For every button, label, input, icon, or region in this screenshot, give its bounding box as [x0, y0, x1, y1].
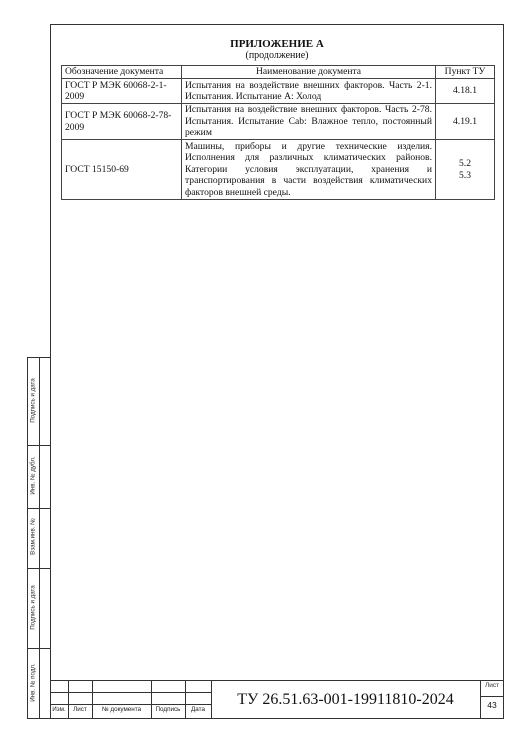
name-cell: Испытания на воздействие внешних факторо… [182, 79, 436, 104]
side-stamp-divider [39, 357, 40, 719]
table-header-row: Обозначение документа Наименование докум… [62, 66, 495, 79]
label-change: Изм. [50, 706, 68, 713]
name-cell: Машины, приборы и другие технические изд… [182, 140, 436, 200]
title-block-row-divider [50, 704, 211, 705]
label-signature: Подпись [151, 706, 185, 713]
title-block-row-divider [50, 692, 211, 693]
side-label-replacement-inv: Взам.инв. № [30, 497, 37, 577]
sheet-number: 43 [480, 700, 504, 710]
side-label-signature-date-2: Подпись и дата [30, 568, 37, 648]
clause-cell: 4.18.1 [436, 79, 495, 104]
clause-cell: 5.2 5.3 [436, 140, 495, 200]
label-date: Дата [185, 706, 211, 713]
reference-documents-table: Обозначение документа Наименование докум… [61, 65, 495, 200]
name-cell: Испытания на воздействие внешних факторо… [182, 104, 436, 140]
column-header-clause: Пункт ТУ [436, 66, 495, 79]
designation-cell: ГОСТ Р МЭК 60068-2-1-2009 [62, 79, 182, 104]
appendix-title: ПРИЛОЖЕНИЕ А [50, 38, 504, 50]
document-code: ТУ 26.51.63-001-19911810-2024 [211, 680, 480, 719]
label-document-number: № документа [92, 706, 151, 713]
designation-cell: ГОСТ Р МЭК 60068-2-78-2009 [62, 104, 182, 140]
table-row: ГОСТ Р МЭК 60068-2-78-2009 Испытания на … [62, 104, 495, 140]
table-row: ГОСТ Р МЭК 60068-2-1-2009 Испытания на в… [62, 79, 495, 104]
title-block-col-divider [185, 680, 186, 719]
column-header-name: Наименование документа [182, 66, 436, 79]
title-block-col-divider [151, 680, 152, 719]
label-sheet: Лист [68, 706, 92, 713]
title-block-col-divider [68, 680, 69, 719]
designation-cell: ГОСТ 15150-69 [62, 140, 182, 200]
column-header-designation: Обозначение документа [62, 66, 182, 79]
sheet-cell-divider [480, 696, 504, 697]
appendix-subtitle: (продолжение) [50, 50, 504, 61]
title-block-col-divider [92, 680, 93, 719]
sheet-label: Лист [480, 682, 504, 689]
clause-cell: 4.19.1 [436, 104, 495, 140]
side-label-signature-date-1: Подпись и дата [30, 361, 37, 441]
table-row: ГОСТ 15150-69 Машины, приборы и другие т… [62, 140, 495, 200]
side-label-original-inv: Инв. № подл. [30, 643, 37, 723]
